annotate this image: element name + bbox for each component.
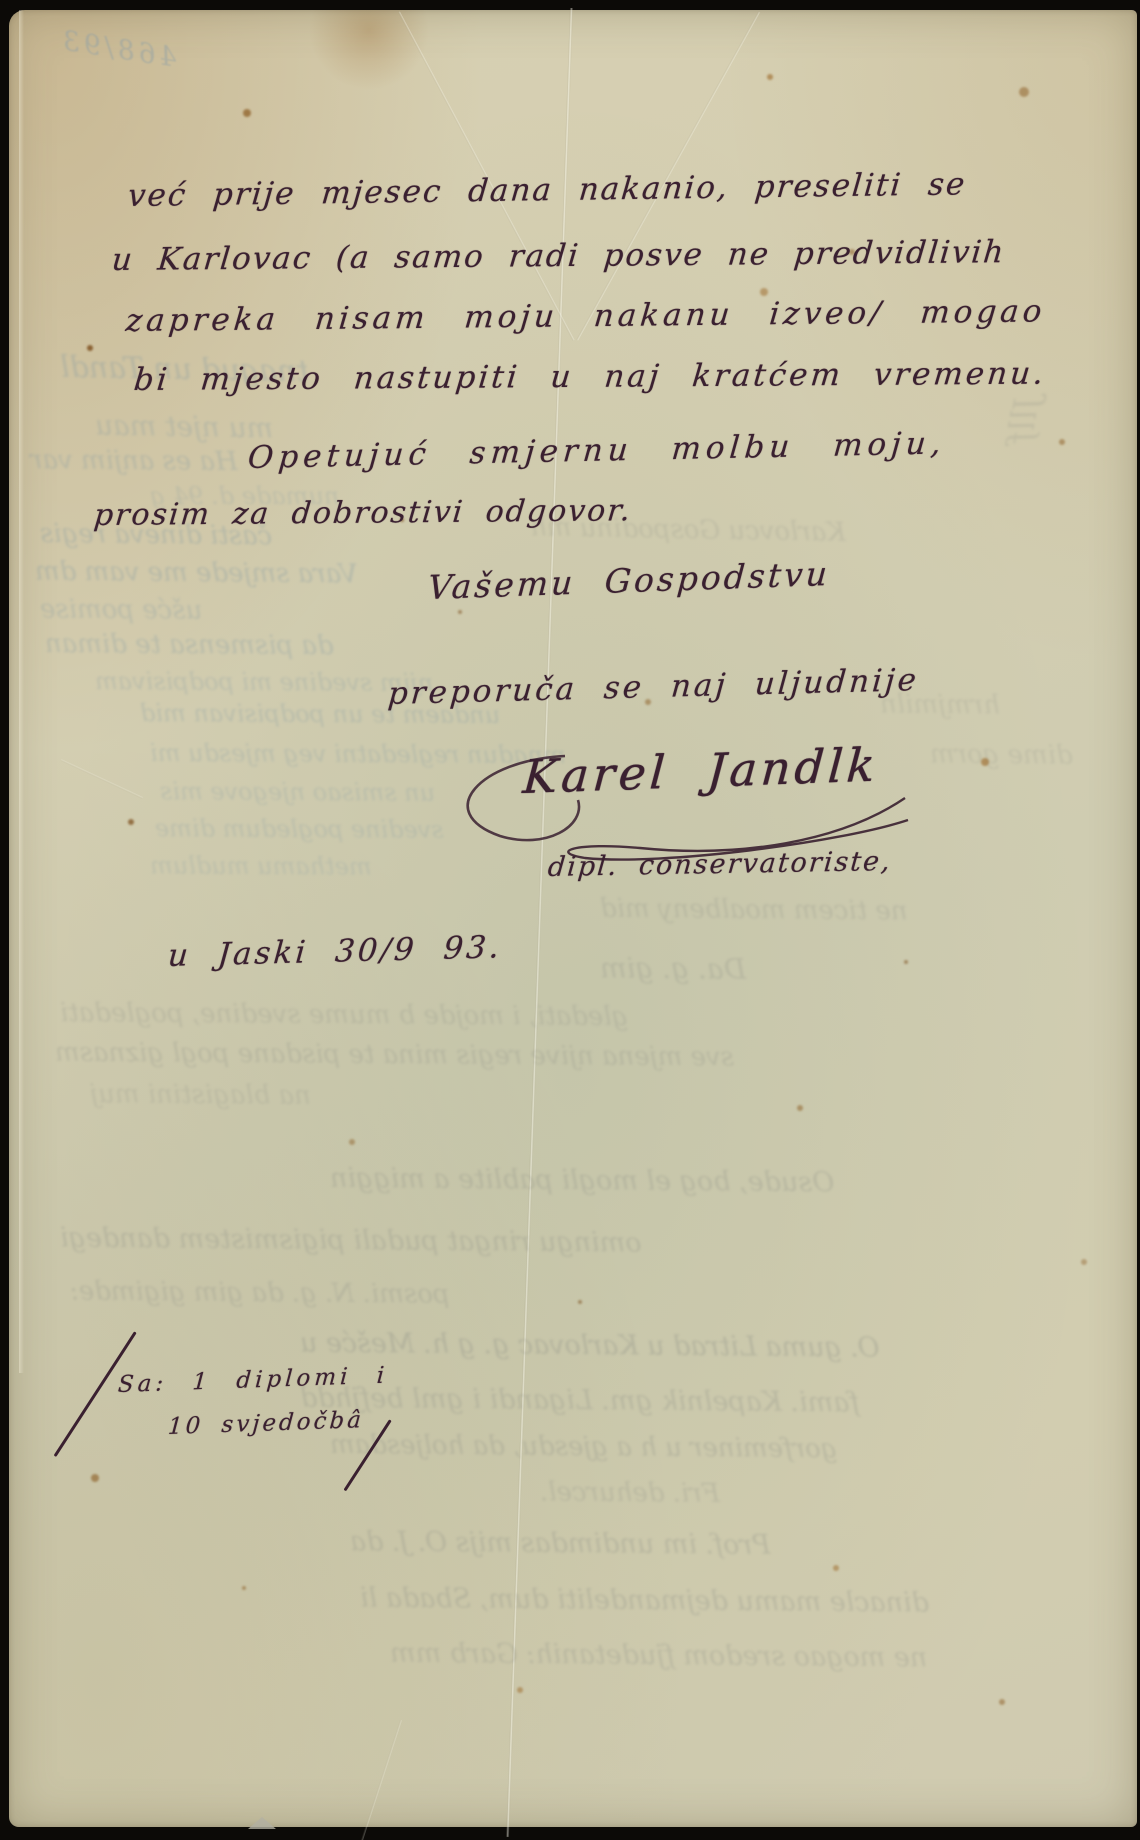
paper-sheet <box>9 10 1137 1827</box>
letter-scan: 468/93 tnagud un Tandlmu njet mauHa es a… <box>0 0 1140 1840</box>
signature-title: dipl. conservatoriste, <box>547 846 893 883</box>
body-line-6: prosim za dobrostivi odgovor. <box>92 493 633 533</box>
paper-corner-notch <box>248 1817 276 1829</box>
body-line-4: bi mjesto nastupiti u naj kratćem vremen… <box>132 356 1048 398</box>
